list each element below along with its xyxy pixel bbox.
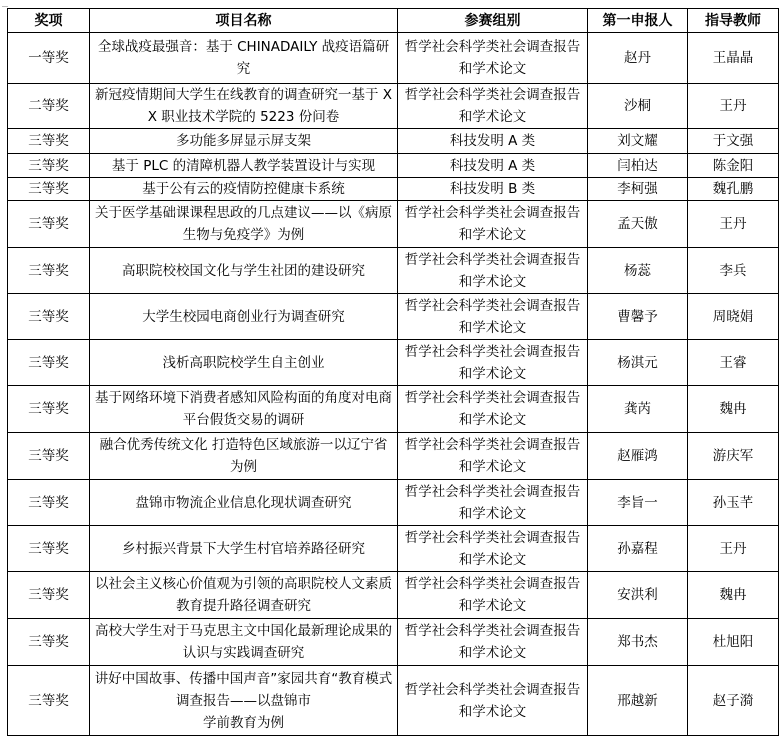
applicant-cell: 邢越新 bbox=[588, 666, 688, 736]
header-advisor: 指导教师 bbox=[688, 9, 779, 33]
group-cell: 哲学社会科学类社会调查报告和学术论文 bbox=[398, 619, 588, 666]
award-cell: 三等奖 bbox=[8, 480, 90, 526]
title-cell: 融合优秀传统文化 打造特色区域旅游一以辽宁省为例 bbox=[90, 433, 398, 480]
advisor-cell: 王睿 bbox=[688, 340, 779, 386]
advisor-cell: 于文强 bbox=[688, 129, 779, 154]
awards-table: 奖项 项目名称 参赛组别 第一申报人 指导教师 一等奖全球战疫最强音：基于 CH… bbox=[7, 8, 779, 736]
group-cell: 哲学社会科学类社会调查报告和学术论文 bbox=[398, 201, 588, 248]
award-cell: 三等奖 bbox=[8, 526, 90, 572]
group-cell: 哲学社会科学类社会调查报告和学术论文 bbox=[398, 340, 588, 386]
applicant-cell: 赵丹 bbox=[588, 33, 688, 84]
title-cell: 大学生校园电商创业行为调查研究 bbox=[90, 294, 398, 340]
table-row: 三等奖盘锦市物流企业信息化现状调查研究哲学社会科学类社会调查报告和学术论文李旨一… bbox=[8, 480, 779, 526]
award-cell: 三等奖 bbox=[8, 129, 90, 154]
applicant-cell: 安洪利 bbox=[588, 572, 688, 619]
applicant-cell: 郑书杰 bbox=[588, 619, 688, 666]
applicant-cell: 杨蕊 bbox=[588, 248, 688, 294]
advisor-cell: 孙玉芊 bbox=[688, 480, 779, 526]
table-row: 三等奖多功能多屏显示屏支架科技发明 A 类刘文耀于文强 bbox=[8, 129, 779, 154]
award-cell: 三等奖 bbox=[8, 154, 90, 178]
table-row: 三等奖基于公有云的疫情防控健康卡系统科技发明 B 类李柯强魏孔鹏 bbox=[8, 178, 779, 201]
title-cell: 基于 PLC 的清障机器人教学装置设计与实现 bbox=[90, 154, 398, 178]
table-row: 三等奖基于 PLC 的清障机器人教学装置设计与实现科技发明 A 类闫柏达陈金阳 bbox=[8, 154, 779, 178]
title-cell: 高职院校校国文化与学生社团的建设研究 bbox=[90, 248, 398, 294]
header-title: 项目名称 bbox=[90, 9, 398, 33]
title-cell: 盘锦市物流企业信息化现状调查研究 bbox=[90, 480, 398, 526]
advisor-cell: 游庆军 bbox=[688, 433, 779, 480]
table-row: 三等奖基于网络环境下消费者感知风险构面的角度对电商平台假货交易的调研哲学社会科学… bbox=[8, 386, 779, 433]
applicant-cell: 李柯强 bbox=[588, 178, 688, 201]
advisor-cell: 王丹 bbox=[688, 84, 779, 129]
advisor-cell: 陈金阳 bbox=[688, 154, 779, 178]
header-applicant: 第一申报人 bbox=[588, 9, 688, 33]
advisor-cell: 王丹 bbox=[688, 526, 779, 572]
group-cell: 科技发明 A 类 bbox=[398, 154, 588, 178]
title-cell: 基于网络环境下消费者感知风险构面的角度对电商平台假货交易的调研 bbox=[90, 386, 398, 433]
advisor-cell: 赵子漪 bbox=[688, 666, 779, 736]
advisor-cell: 李兵 bbox=[688, 248, 779, 294]
applicant-cell: 沙桐 bbox=[588, 84, 688, 129]
award-cell: 三等奖 bbox=[8, 201, 90, 248]
award-cell: 三等奖 bbox=[8, 433, 90, 480]
award-cell: 三等奖 bbox=[8, 619, 90, 666]
corner-mark bbox=[2, 6, 8, 7]
advisor-cell: 杜旭阳 bbox=[688, 619, 779, 666]
table-row: 三等奖关于医学基础课课程思政的几点建议——以《病原生物与免疫学》为例哲学社会科学… bbox=[8, 201, 779, 248]
award-cell: 三等奖 bbox=[8, 666, 90, 736]
table-row: 三等奖浅析高职院校学生自主创业哲学社会科学类社会调查报告和学术论文杨淇元王睿 bbox=[8, 340, 779, 386]
title-cell: 浅析高职院校学生自主创业 bbox=[90, 340, 398, 386]
group-cell: 哲学社会科学类社会调查报告和学术论文 bbox=[398, 33, 588, 84]
header-award: 奖项 bbox=[8, 9, 90, 33]
applicant-cell: 杨淇元 bbox=[588, 340, 688, 386]
table-row: 三等奖大学生校园电商创业行为调查研究哲学社会科学类社会调查报告和学术论文曹馨予周… bbox=[8, 294, 779, 340]
applicant-cell: 曹馨予 bbox=[588, 294, 688, 340]
table-row: 三等奖乡村振兴背景下大学生村官培养路径研究哲学社会科学类社会调查报告和学术论文孙… bbox=[8, 526, 779, 572]
title-cell: 关于医学基础课课程思政的几点建议——以《病原生物与免疫学》为例 bbox=[90, 201, 398, 248]
award-cell: 一等奖 bbox=[8, 33, 90, 84]
title-cell: 基于公有云的疫情防控健康卡系统 bbox=[90, 178, 398, 201]
award-cell: 三等奖 bbox=[8, 178, 90, 201]
applicant-cell: 李旨一 bbox=[588, 480, 688, 526]
table-row: 三等奖高职院校校国文化与学生社团的建设研究哲学社会科学类社会调查报告和学术论文杨… bbox=[8, 248, 779, 294]
title-cell: 以社会主义核心价值观为引领的高职院校人文素质教育提升路径调查研究 bbox=[90, 572, 398, 619]
group-cell: 哲学社会科学类社会调查报告和学术论文 bbox=[398, 666, 588, 736]
header-group: 参赛组别 bbox=[398, 9, 588, 33]
award-cell: 三等奖 bbox=[8, 294, 90, 340]
advisor-cell: 王丹 bbox=[688, 201, 779, 248]
group-cell: 哲学社会科学类社会调查报告和学术论文 bbox=[398, 433, 588, 480]
group-cell: 科技发明 B 类 bbox=[398, 178, 588, 201]
group-cell: 哲学社会科学类社会调查报告和学术论文 bbox=[398, 294, 588, 340]
title-cell: 全球战疫最强音：基于 CHINADAILY 战疫语篇研究 bbox=[90, 33, 398, 84]
group-cell: 哲学社会科学类社会调查报告和学术论文 bbox=[398, 526, 588, 572]
advisor-cell: 魏冉 bbox=[688, 572, 779, 619]
advisor-cell: 魏孔鹏 bbox=[688, 178, 779, 201]
applicant-cell: 龚芮 bbox=[588, 386, 688, 433]
advisor-cell: 魏冉 bbox=[688, 386, 779, 433]
table-row: 一等奖全球战疫最强音：基于 CHINADAILY 战疫语篇研究哲学社会科学类社会… bbox=[8, 33, 779, 84]
table-row: 三等奖以社会主义核心价值观为引领的高职院校人文素质教育提升路径调查研究哲学社会科… bbox=[8, 572, 779, 619]
table-row: 二等奖新冠疫情期间大学生在线教育的调查研究一基于 XX 职业技术学院的 5223… bbox=[8, 84, 779, 129]
applicant-cell: 孙嘉程 bbox=[588, 526, 688, 572]
applicant-cell: 赵雁鸿 bbox=[588, 433, 688, 480]
title-cell: 讲好中国故事、传播中国声音”家园共育“教育模式调查报告——以盘锦市 学前教育为例 bbox=[90, 666, 398, 736]
award-cell: 三等奖 bbox=[8, 386, 90, 433]
group-cell: 哲学社会科学类社会调查报告和学术论文 bbox=[398, 572, 588, 619]
title-cell: 新冠疫情期间大学生在线教育的调查研究一基于 XX 职业技术学院的 5223 份问… bbox=[90, 84, 398, 129]
group-cell: 哲学社会科学类社会调查报告和学术论文 bbox=[398, 386, 588, 433]
group-cell: 哲学社会科学类社会调查报告和学术论文 bbox=[398, 248, 588, 294]
group-cell: 哲学社会科学类社会调查报告和学术论文 bbox=[398, 480, 588, 526]
header-row: 奖项 项目名称 参赛组别 第一申报人 指导教师 bbox=[8, 9, 779, 33]
applicant-cell: 闫柏达 bbox=[588, 154, 688, 178]
applicant-cell: 刘文耀 bbox=[588, 129, 688, 154]
title-cell: 多功能多屏显示屏支架 bbox=[90, 129, 398, 154]
group-cell: 哲学社会科学类社会调查报告和学术论文 bbox=[398, 84, 588, 129]
group-cell: 科技发明 A 类 bbox=[398, 129, 588, 154]
award-cell: 三等奖 bbox=[8, 248, 90, 294]
table-row: 三等奖融合优秀传统文化 打造特色区域旅游一以辽宁省为例哲学社会科学类社会调查报告… bbox=[8, 433, 779, 480]
table-row: 三等奖讲好中国故事、传播中国声音”家园共育“教育模式调查报告——以盘锦市 学前教… bbox=[8, 666, 779, 736]
award-cell: 二等奖 bbox=[8, 84, 90, 129]
table-row: 三等奖高校大学生对于马克思主文中国化最新理论成果的认识与实践调查研究哲学社会科学… bbox=[8, 619, 779, 666]
advisor-cell: 王晶晶 bbox=[688, 33, 779, 84]
advisor-cell: 周晓娟 bbox=[688, 294, 779, 340]
title-cell: 高校大学生对于马克思主文中国化最新理论成果的认识与实践调查研究 bbox=[90, 619, 398, 666]
title-cell: 乡村振兴背景下大学生村官培养路径研究 bbox=[90, 526, 398, 572]
award-cell: 三等奖 bbox=[8, 340, 90, 386]
award-cell: 三等奖 bbox=[8, 572, 90, 619]
applicant-cell: 孟天傲 bbox=[588, 201, 688, 248]
